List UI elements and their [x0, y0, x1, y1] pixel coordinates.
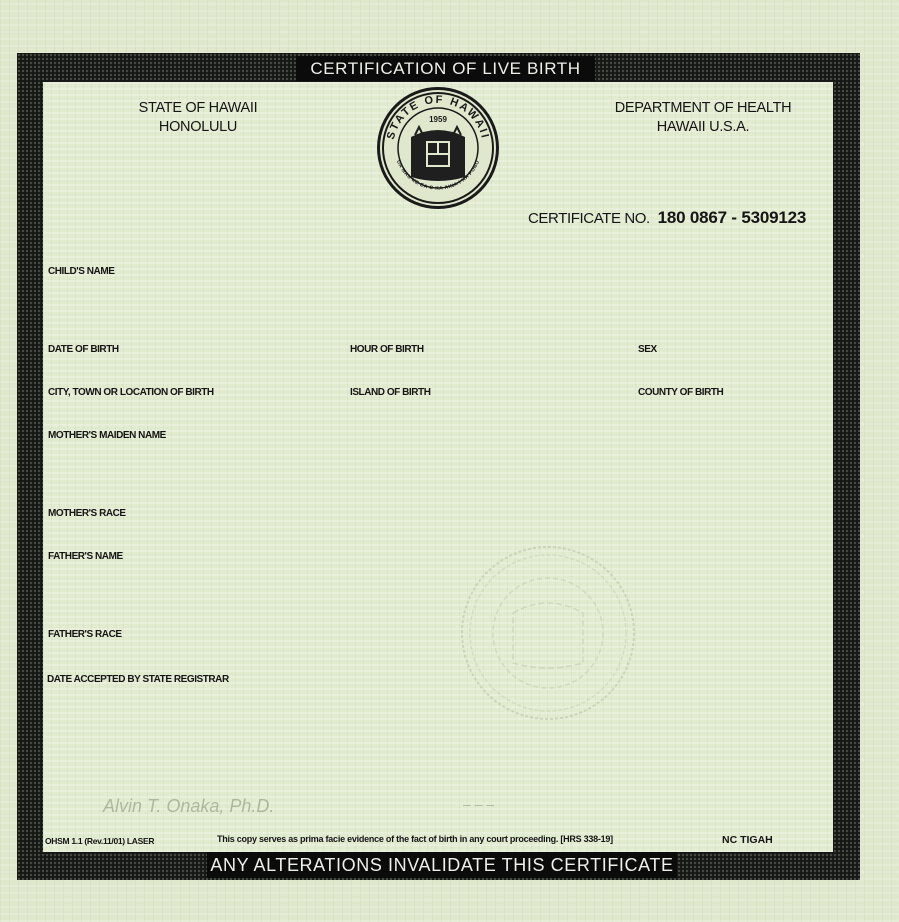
alterations-banner: ANY ALTERATIONS INVALIDATE THIS CERTIFIC…: [207, 852, 677, 878]
issuer-department-line1: DEPARTMENT OF HEALTH: [598, 99, 808, 118]
field-date-of-birth: DATE OF BIRTH: [48, 344, 119, 355]
registrar-signature: Alvin T. Onaka, Ph.D.: [103, 796, 274, 817]
issuer-department: DEPARTMENT OF HEALTH HAWAII U.S.A.: [598, 99, 808, 137]
field-mothers-race: MOTHER'S RACE: [48, 508, 126, 519]
field-county-of-birth: COUNTY OF BIRTH: [638, 387, 723, 398]
issuer-state: STATE OF HAWAII HONOLULU: [113, 99, 283, 137]
certificate-border-frame: CERTIFICATION OF LIVE BIRTH STATE OF HAW…: [17, 53, 860, 880]
field-childs-name: CHILD'S NAME: [48, 266, 114, 277]
issuer-department-line2: HAWAII U.S.A.: [598, 118, 808, 137]
embossed-seal-icon: [458, 543, 638, 723]
certificate-body: STATE OF HAWAII HONOLULU STATE OF HAWAII…: [43, 82, 833, 852]
issuer-state-line1: STATE OF HAWAII: [113, 99, 283, 118]
field-sex: SEX: [638, 344, 657, 355]
certificate-number-label: CERTIFICATE NO.: [528, 210, 650, 227]
svg-text:1959: 1959: [429, 115, 447, 124]
field-date-accepted: DATE ACCEPTED BY STATE REGISTRAR: [47, 674, 229, 685]
issuer-state-line2: HONOLULU: [113, 118, 283, 137]
field-hour-of-birth: HOUR OF BIRTH: [350, 344, 424, 355]
stamp-date: ‒ ‒ ‒: [463, 796, 494, 812]
evidence-notice: This copy serves as prima facie evidence…: [217, 834, 613, 844]
field-fathers-name: FATHER'S NAME: [48, 551, 123, 562]
field-island-of-birth: ISLAND OF BIRTH: [350, 387, 430, 398]
form-id: OHSM 1.1 (Rev.11/01) LASER: [45, 836, 154, 846]
state-of-hawaii-seal-icon: STATE OF HAWAII UA MAU KE EA O KA AINA I…: [375, 85, 501, 211]
title-banner: CERTIFICATION OF LIVE BIRTH: [296, 56, 595, 81]
certificate-code: NC TIGAH: [722, 834, 773, 846]
certificate-number-value: 180 0867 - 5309123: [658, 208, 807, 227]
field-fathers-race: FATHER'S RACE: [48, 629, 122, 640]
field-mothers-maiden-name: MOTHER'S MAIDEN NAME: [48, 430, 166, 441]
certificate-number: CERTIFICATE NO. 180 0867 - 5309123: [528, 208, 806, 228]
field-city-town-location: CITY, TOWN OR LOCATION OF BIRTH: [48, 387, 214, 398]
